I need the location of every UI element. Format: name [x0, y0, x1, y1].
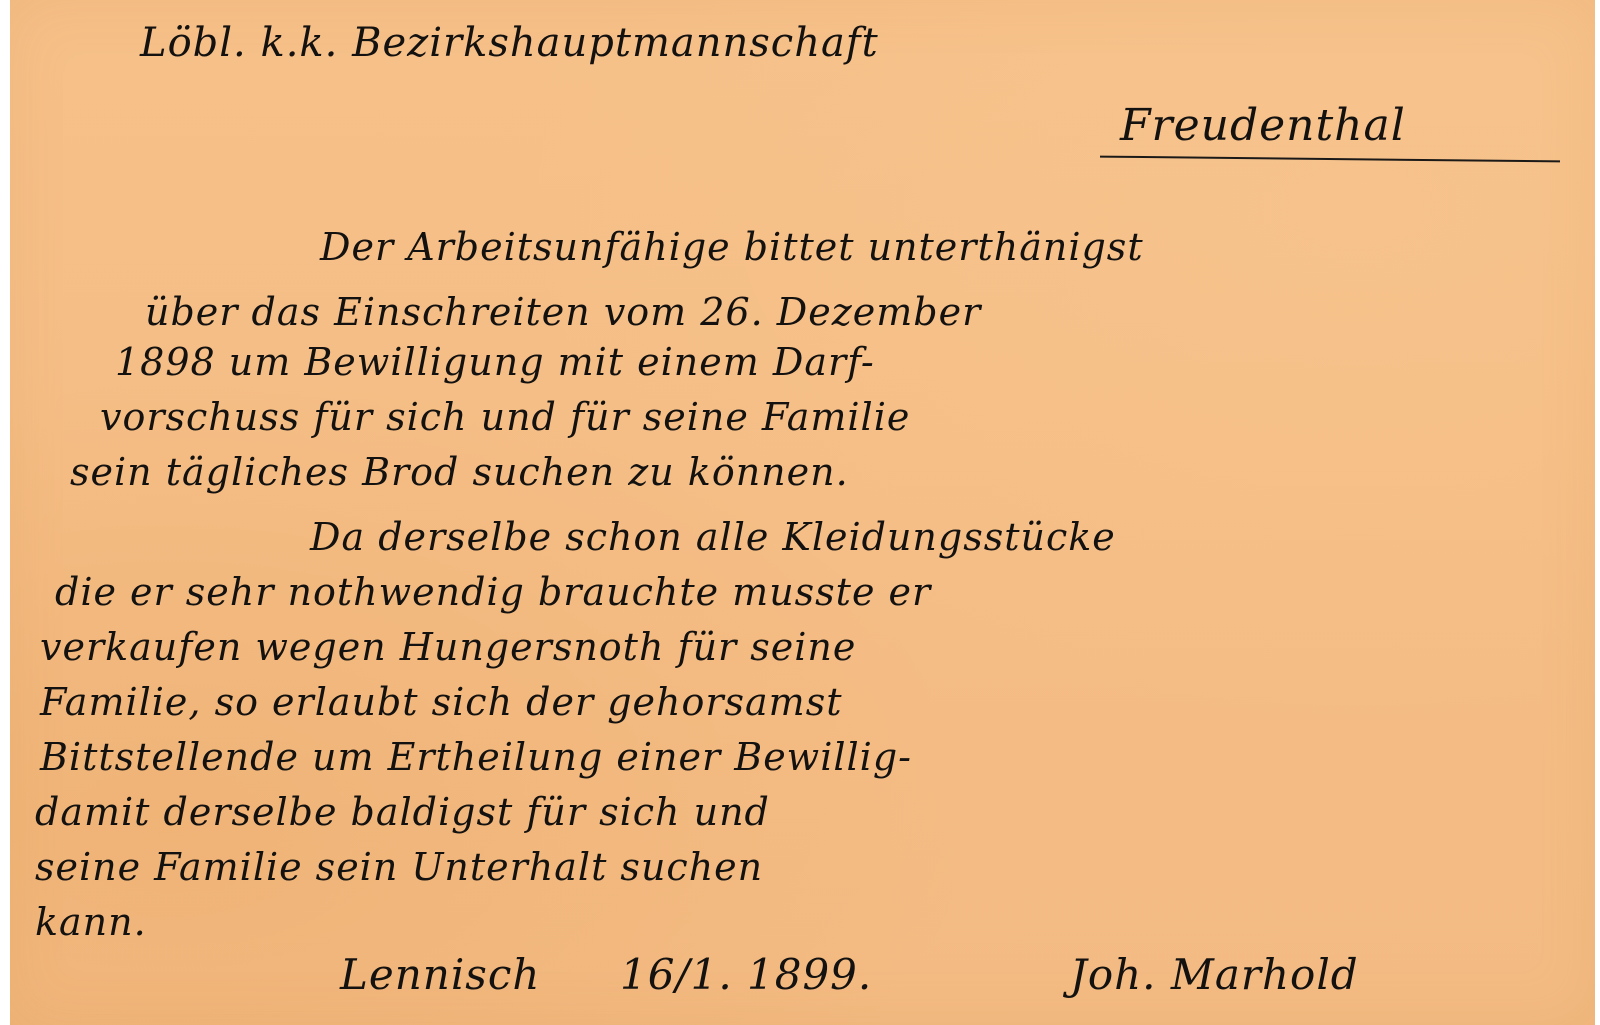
body-line-7: die er sehr nothwendig brauchte musste e… [55, 570, 931, 614]
body-line-4: vorschuss für sich und für seine Familie [100, 395, 910, 439]
body-line-12: seine Familie sein Unterhalt suchen [35, 845, 763, 889]
body-line-5: sein tägliches Brod suchen zu können. [70, 450, 849, 494]
addressee-line-2: Freudenthal [1120, 100, 1406, 151]
body-line-10: Bittstellende um Ertheilung einer Bewill… [40, 735, 912, 779]
postcard-paper: Löbl. k.k. Bezirkshauptmannschaft Freude… [10, 0, 1595, 1025]
body-line-8: verkaufen wegen Hungersnoth für seine [40, 625, 856, 669]
closing-date: 16/1. 1899. [620, 950, 872, 999]
closing-signature: Joh. Marhold [1070, 950, 1359, 999]
closing-place: Lennisch [340, 950, 540, 999]
body-line-2: über das Einschreiten vom 26. Dezember [145, 290, 981, 334]
addressee-line-1: Löbl. k.k. Bezirkshauptmannschaft [140, 20, 879, 66]
body-line-6: Da derselbe schon alle Kleidungsstücke [310, 515, 1116, 559]
body-line-13: kann. [35, 900, 147, 944]
body-line-11: damit derselbe baldigst für sich und [35, 790, 770, 834]
body-line-9: Familie, so erlaubt sich der gehorsamst [40, 680, 843, 724]
addressee-underline [1100, 156, 1560, 163]
body-line-3: 1898 um Bewilligung mit einem Darf- [115, 340, 875, 384]
body-line-1: Der Arbeitsunfähige bittet unterthänigst [320, 225, 1144, 269]
